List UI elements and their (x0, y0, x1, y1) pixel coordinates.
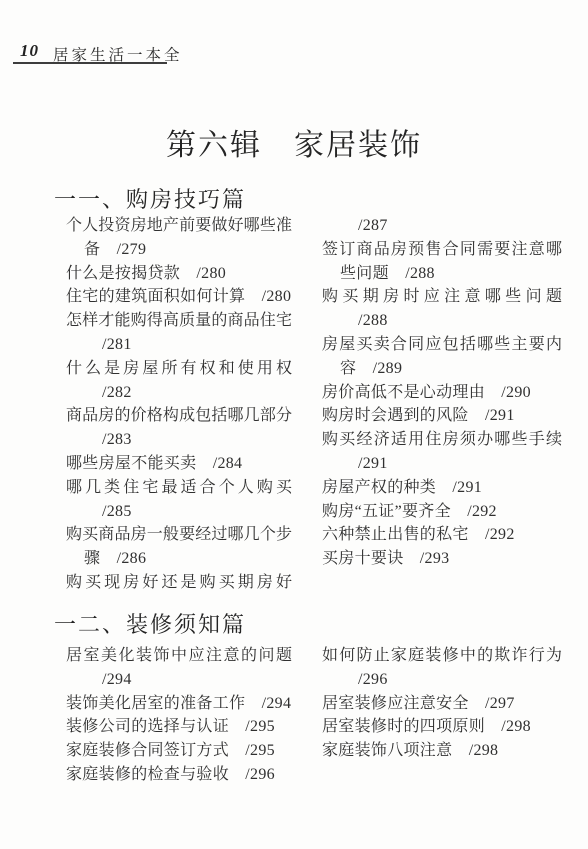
toc-line: 签订商品房预售合同需要注意哪 (322, 238, 562, 262)
toc-line: 家庭装修合同签订方式 /295 (66, 739, 292, 763)
header-rule (13, 62, 167, 64)
toc-line: /283 (66, 428, 292, 452)
toc-line: 房屋买卖合同应包括哪些主要内 (322, 333, 562, 357)
toc-line: 装饰美化居室的准备工作 /294 (66, 692, 292, 716)
toc-column-section1-left: 个人投资房地产前要做好哪些准备 /279什么是按揭贷款 /280住宅的建筑面积如… (66, 214, 292, 595)
toc-line: 哪几类住宅最适合个人购买 (66, 476, 292, 500)
page-number: 10 (20, 41, 39, 61)
section-heading-renovation-knowledge: 一二、装修须知篇 (54, 608, 246, 639)
toc-column-section2-right: 如何防止家庭装修中的欺诈行为/296居室装修应注意安全 /297居室装修时的四项… (322, 644, 562, 763)
toc-column-section1-right: /287签订商品房预售合同需要注意哪些问题 /288购买期房时应注意哪些问题/2… (322, 214, 562, 571)
toc-line: 买房十要诀 /293 (322, 547, 562, 571)
toc-line: 购房“五证”要齐全 /292 (322, 500, 562, 524)
toc-line: 购买现房好还是购买期房好 (66, 571, 292, 595)
toc-line: /288 (322, 309, 562, 333)
toc-line: 如何防止家庭装修中的欺诈行为 (322, 644, 562, 668)
toc-column-section2-left: 居室美化装饰中应注意的问题/294装饰美化居室的准备工作 /294装修公司的选择… (66, 644, 292, 787)
toc-line: 怎样才能购得高质量的商品住宅 (66, 309, 292, 333)
toc-line: 居室装修应注意安全 /297 (322, 692, 562, 716)
toc-line: 住宅的建筑面积如何计算 /280 (66, 285, 292, 309)
toc-line: /285 (66, 500, 292, 524)
toc-line: 备 /279 (66, 238, 292, 262)
toc-line: 购买期房时应注意哪些问题 (322, 285, 562, 309)
toc-line: 家庭装修的检查与验收 /296 (66, 763, 292, 787)
toc-line: 骤 /286 (66, 547, 292, 571)
toc-line: 购买经济适用住房须办哪些手续 (322, 428, 562, 452)
book-page: 10 居家生活一本全 第六辑 家居装饰 一一、购房技巧篇 个人投资房地产前要做好… (0, 0, 588, 849)
toc-line: 居室装修时的四项原则 /298 (322, 715, 562, 739)
toc-line: 什么是按揭贷款 /280 (66, 262, 292, 286)
toc-line: 个人投资房地产前要做好哪些准 (66, 214, 292, 238)
toc-line: /282 (66, 381, 292, 405)
toc-line: 容 /289 (322, 357, 562, 381)
toc-line: /287 (322, 214, 562, 238)
toc-line: 购房时会遇到的风险 /291 (322, 404, 562, 428)
toc-line: 什么是房屋所有权和使用权 (66, 357, 292, 381)
toc-line: 居室美化装饰中应注意的问题 (66, 644, 292, 668)
toc-line: /291 (322, 452, 562, 476)
toc-line: 哪些房屋不能买卖 /284 (66, 452, 292, 476)
section-heading-buying-tips: 一一、购房技巧篇 (54, 183, 246, 214)
toc-line: 商品房的价格构成包括哪几部分 (66, 404, 292, 428)
toc-line: 购买商品房一般要经过哪几个步 (66, 523, 292, 547)
toc-line: /281 (66, 333, 292, 357)
toc-line: 装修公司的选择与认证 /295 (66, 715, 292, 739)
chapter-title: 第六辑 家居装饰 (0, 120, 588, 164)
toc-line: 房屋产权的种类 /291 (322, 476, 562, 500)
toc-line: /294 (66, 668, 292, 692)
toc-line: 家庭装饰八项注意 /298 (322, 739, 562, 763)
toc-line: 六种禁止出售的私宅 /292 (322, 523, 562, 547)
toc-line: /296 (322, 668, 562, 692)
toc-line: 房价高低不是心动理由 /290 (322, 381, 562, 405)
toc-line: 些问题 /288 (322, 262, 562, 286)
